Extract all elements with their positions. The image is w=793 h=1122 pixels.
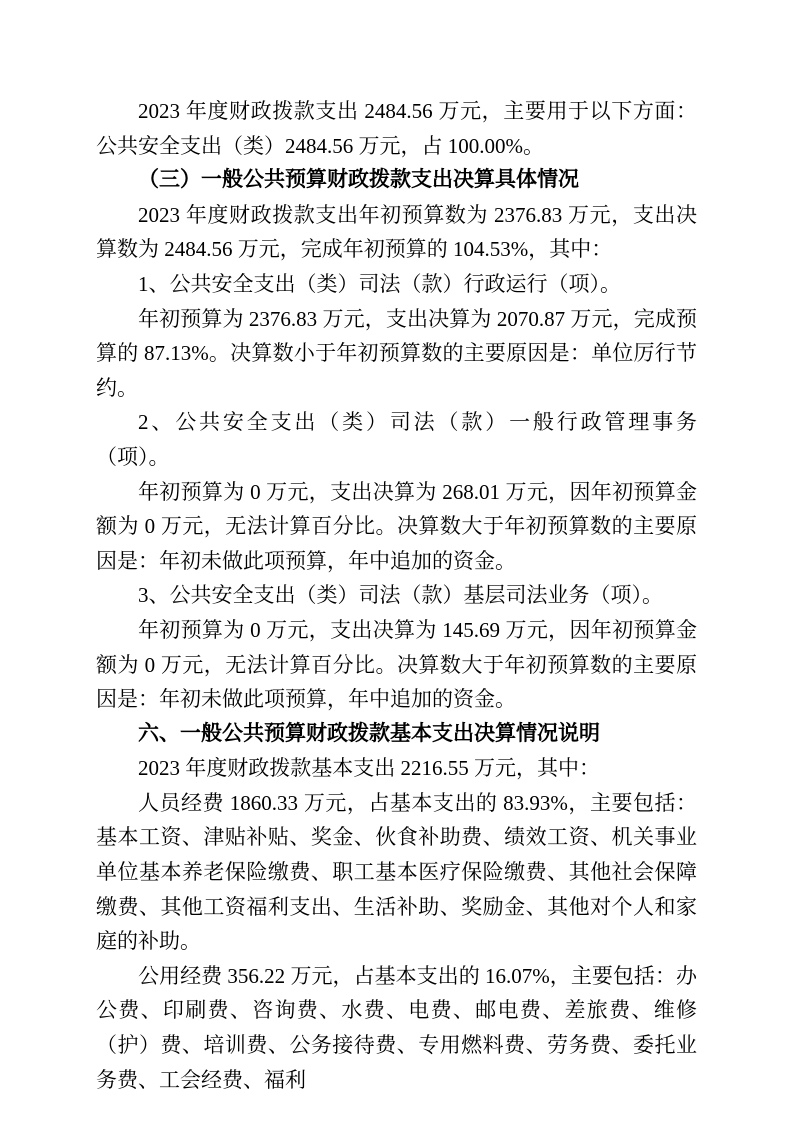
- section-heading: （三）一般公共预算财政拨款支出决算具体情况: [96, 163, 697, 198]
- section-heading: 六、一般公共预算财政拨款基本支出决算情况说明: [96, 717, 697, 752]
- body-paragraph: 公用经费 356.22 万元，占基本支出的 16.07%，主要包括：办公费、印刷…: [96, 959, 697, 1097]
- body-paragraph: 年初预算为 2376.83 万元，支出决算为 2070.87 万元，完成预算的 …: [96, 302, 697, 406]
- body-paragraph: 人员经费 1860.33 万元，占基本支出的 83.93%，主要包括：基本工资、…: [96, 786, 697, 959]
- body-paragraph: 年初预算为 0 万元，支出决算为 268.01 万元，因年初预算金额为 0 万元…: [96, 475, 697, 579]
- document-page: 2023 年度财政拨款支出 2484.56 万元，主要用于以下方面：公共安全支出…: [0, 0, 793, 1122]
- document-content: 2023 年度财政拨款支出 2484.56 万元，主要用于以下方面：公共安全支出…: [96, 94, 697, 1097]
- body-paragraph: 2、公共安全支出（类）司法（款）一般行政管理事务（项）。: [96, 405, 697, 474]
- body-paragraph: 2023 年度财政拨款支出年初预算数为 2376.83 万元，支出决算数为 24…: [96, 198, 697, 267]
- body-paragraph: 2023 年度财政拨款支出 2484.56 万元，主要用于以下方面：公共安全支出…: [96, 94, 697, 163]
- body-paragraph: 1、公共安全支出（类）司法（款）行政运行（项）。: [96, 267, 697, 302]
- body-paragraph: 年初预算为 0 万元，支出决算为 145.69 万元，因年初预算金额为 0 万元…: [96, 613, 697, 717]
- body-paragraph: 2023 年度财政拨款基本支出 2216.55 万元，其中：: [96, 751, 697, 786]
- body-paragraph: 3、公共安全支出（类）司法（款）基层司法业务（项）。: [96, 578, 697, 613]
